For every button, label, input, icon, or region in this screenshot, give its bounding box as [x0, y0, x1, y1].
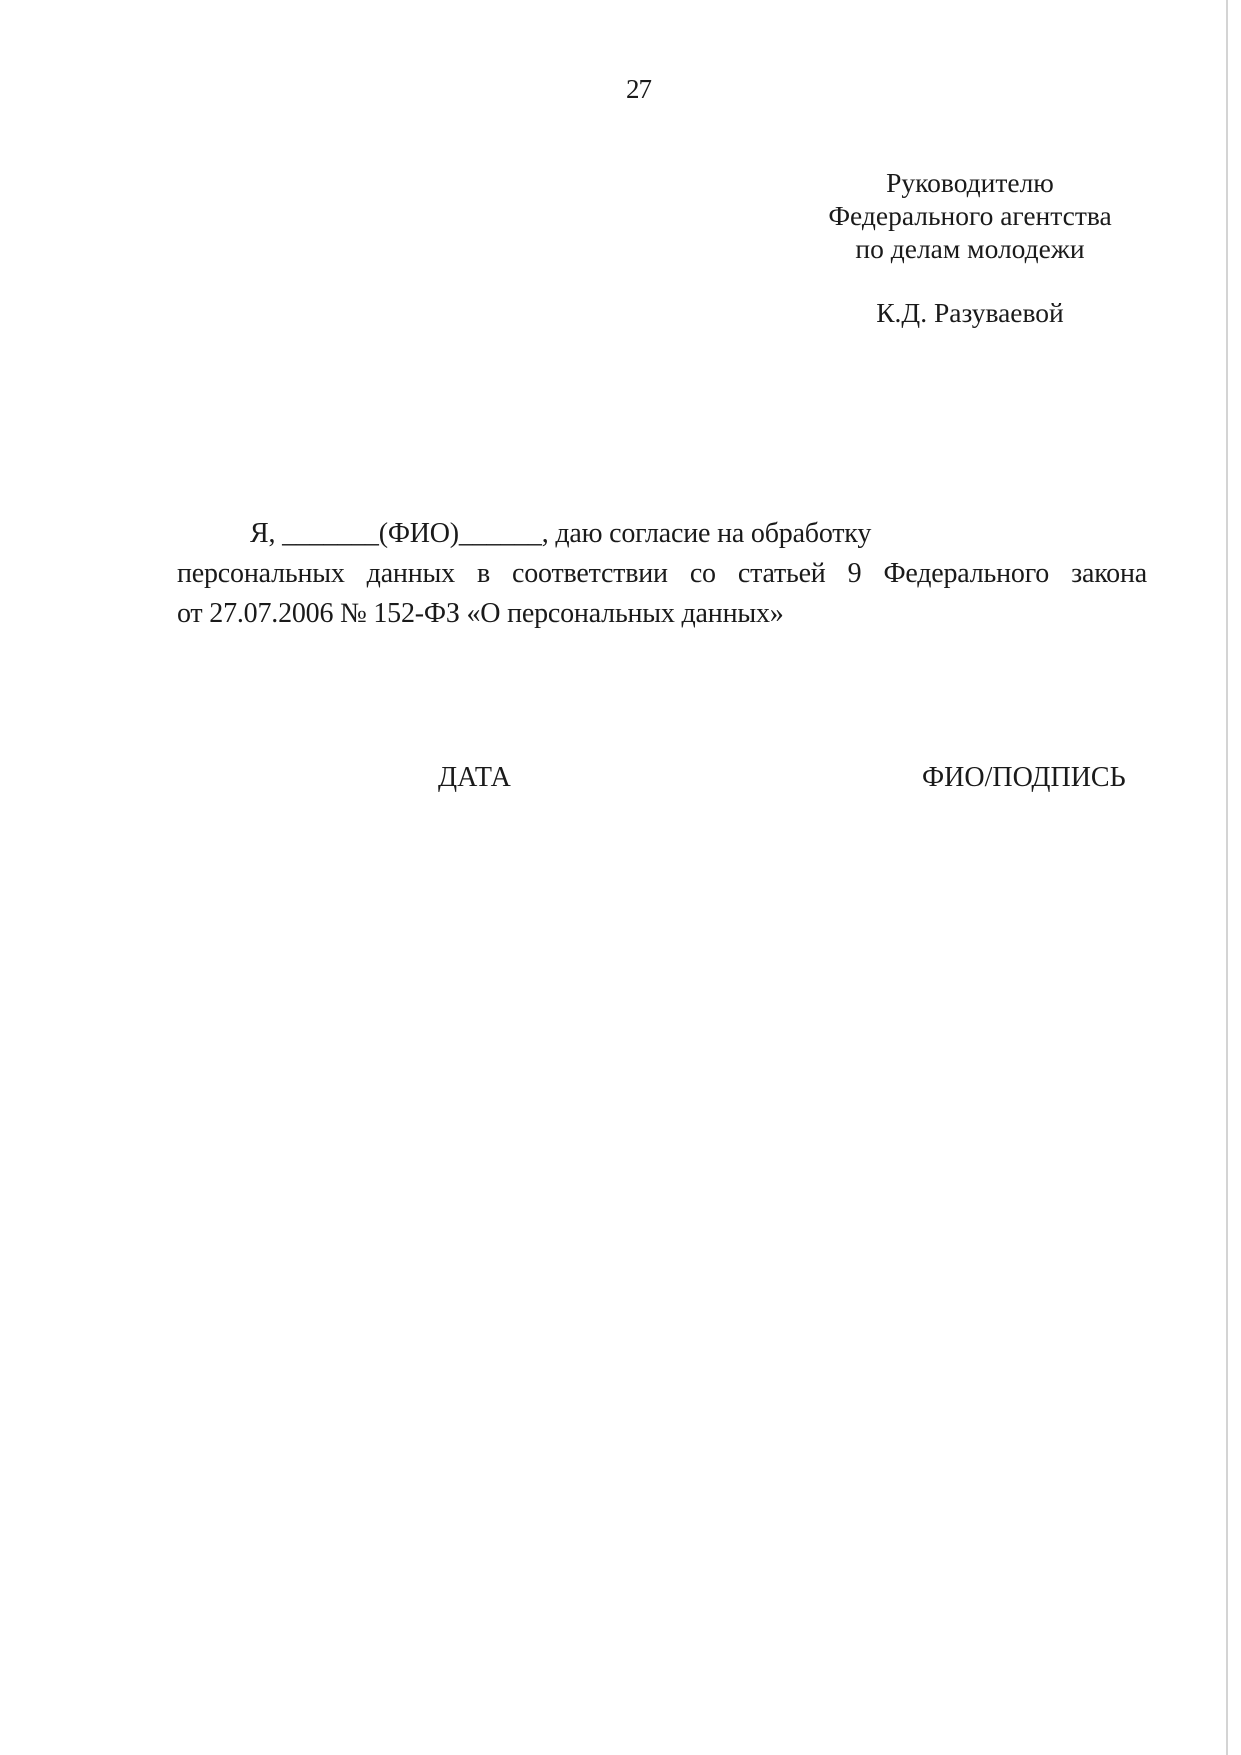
date-label: ДАТА — [438, 762, 511, 794]
name-signature-label: ФИО/ПОДПИСЬ — [922, 762, 1126, 794]
consent-word: на — [717, 518, 744, 549]
addressee-position: Руководителю — [795, 166, 1145, 199]
consent-word: соответствии — [512, 554, 668, 594]
consent-word: со — [690, 554, 716, 594]
page-number: 27 — [0, 74, 1241, 105]
consent-word: Я, — [250, 518, 275, 549]
consent-word: даю — [555, 518, 602, 549]
scan-edge-line — [1226, 0, 1228, 1755]
consent-line-1: Я, _______(ФИО)______, даю согласие на о… — [177, 514, 1147, 554]
addressee-agency: Федерального агентства — [795, 199, 1145, 232]
consent-word: обработку — [751, 518, 871, 549]
consent-word: закона — [1071, 554, 1147, 594]
addressee-agency-scope: по делам молодежи — [795, 232, 1145, 265]
consent-word: данных — [367, 554, 455, 594]
addressee-block: Руководителю Федерального агентства по д… — [795, 166, 1145, 329]
consent-line-3: от 27.07.2006 № 152-ФЗ «О персональных д… — [177, 594, 1147, 634]
consent-word: персональных — [177, 554, 345, 594]
consent-word: в — [477, 554, 490, 594]
addressee-name: К.Д. Разуваевой — [795, 296, 1145, 329]
consent-word: 9 — [848, 554, 862, 594]
consent-word: Федерального — [883, 554, 1049, 594]
consent-statement: Я, _______(ФИО)______, даю согласие на о… — [177, 514, 1147, 634]
consent-word: статьей — [738, 554, 826, 594]
fio-blank-field: _______(ФИО)______, — [282, 518, 548, 549]
consent-word: согласие — [609, 518, 710, 549]
consent-line-2: персональных данных в соответствии со ст… — [177, 554, 1147, 594]
